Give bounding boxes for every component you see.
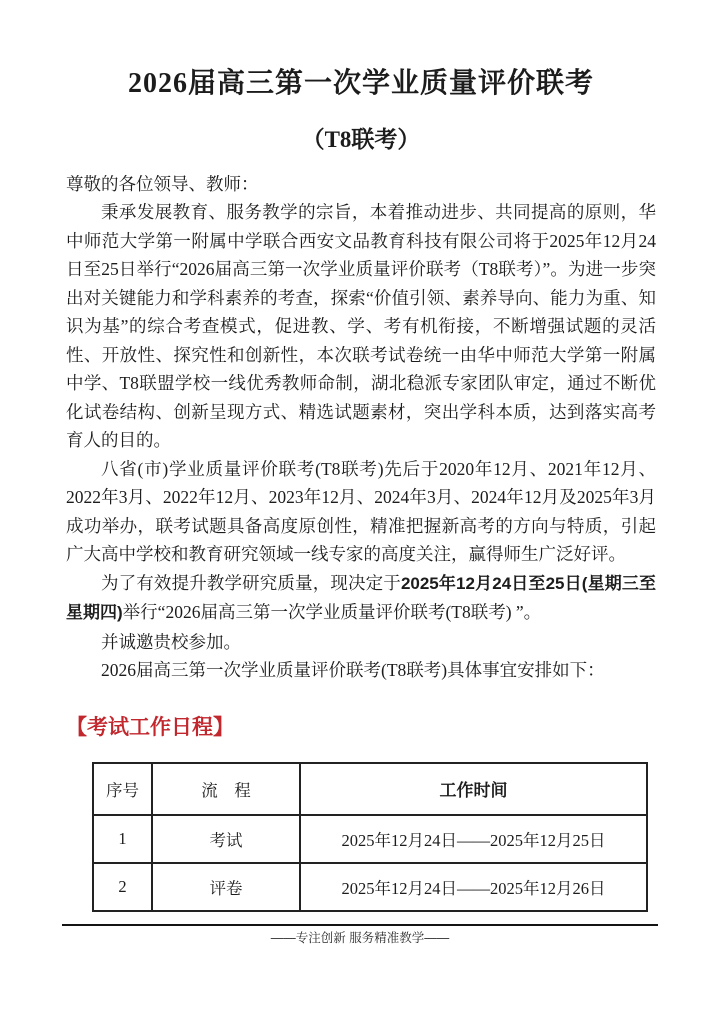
page-footer: ——专注创新 服务精准教学—— (62, 924, 658, 946)
schedule-table-head: 序号 流 程 工作时间 (93, 763, 647, 815)
header-work-time: 工作时间 (300, 763, 647, 815)
salutation: 尊敬的各位领导、教师： (66, 170, 656, 199)
header-serial-number: 序号 (93, 763, 152, 815)
cell-process: 考试 (152, 815, 300, 863)
paragraph-decision: 为了有效提升教学研究质量，现决定于2025年12月24日至25日(星期三至星期四… (66, 569, 656, 628)
document-title: 2026届高三第一次学业质量评价联考 (66, 68, 656, 100)
table-row: 1 考试 2025年12月24日——2025年12月25日 (93, 815, 647, 863)
document-subtitle: （T8联考） (66, 126, 656, 154)
decision-suffix: 举行“2026届高三第一次学业质量评价联考(T8联考) ”。 (123, 602, 542, 622)
table-header-row: 序号 流 程 工作时间 (93, 763, 647, 815)
footer-divider (62, 924, 658, 926)
schedule-section-heading: 【考试工作日程】 (66, 715, 656, 741)
paragraph-arrangement: 2026届高三第一次学业质量评价联考(T8联考)具体事宜安排如下： (66, 656, 656, 685)
cell-work-time: 2025年12月24日——2025年12月26日 (300, 863, 647, 911)
decision-prefix: 为了有效提升教学研究质量，现决定于 (101, 573, 401, 593)
footer-slogan: ——专注创新 服务精准教学—— (62, 928, 658, 946)
cell-serial-number: 2 (93, 863, 152, 911)
document-page: 2026届高三第一次学业质量评价联考 （T8联考） 尊敬的各位领导、教师： 秉承… (0, 0, 720, 1018)
table-row: 2 评卷 2025年12月24日——2025年12月26日 (93, 863, 647, 911)
schedule-table-body: 1 考试 2025年12月24日——2025年12月25日 2 评卷 2025年… (93, 815, 647, 911)
document-body: 2026届高三第一次学业质量评价联考 （T8联考） 尊敬的各位领导、教师： 秉承… (0, 0, 720, 912)
cell-work-time: 2025年12月24日——2025年12月25日 (300, 815, 647, 863)
paragraph-history: 八省(市)学业质量评价联考(T8联考)先后于2020年12月、2021年12月、… (66, 455, 656, 569)
paragraph-invitation: 并诚邀贵校参加。 (66, 628, 656, 657)
header-process: 流 程 (152, 763, 300, 815)
schedule-table: 序号 流 程 工作时间 1 考试 2025年12月24日——2025年12月25… (92, 762, 648, 912)
cell-process: 评卷 (152, 863, 300, 911)
cell-serial-number: 1 (93, 815, 152, 863)
paragraph-intro: 秉承发展教育、服务教学的宗旨，本着推动进步、共同提高的原则，华中师范大学第一附属… (66, 198, 656, 455)
